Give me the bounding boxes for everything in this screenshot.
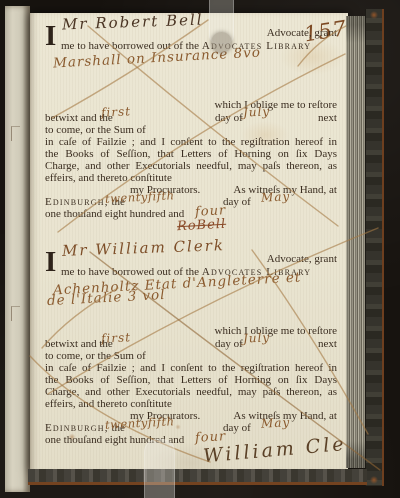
due-month-handwritten: July: [243, 105, 271, 119]
signature-line: RoBell: [45, 217, 337, 239]
prev-page-mark: [11, 126, 20, 141]
restore-line: which I oblige me to reſtore: [45, 99, 337, 112]
signed-day-handwritten: twentyfifth: [105, 415, 175, 432]
book-title-line-2: de l'Italie 3 vol: [45, 294, 337, 307]
due-month-handwritten: July: [243, 331, 271, 345]
prev-page-mark: [11, 306, 20, 321]
restore-line: which I oblige me to reſtore: [45, 325, 337, 338]
borrow-entry-1: I Mr Robert Bell Advocate, grant me to h…: [45, 23, 337, 241]
signature-line: William Clerk: [45, 443, 337, 465]
mounting-tab-bottom: [144, 439, 175, 498]
borrow-entry-2: I Mr William Clerk Advocate, grant me to…: [45, 249, 337, 467]
cover-edge: [365, 9, 384, 486]
signed-day-handwritten: twentyfifth: [105, 189, 175, 206]
advocate-grant-label: Advocate, grant: [267, 27, 337, 39]
advocate-grant-label: Advocate, grant: [267, 253, 337, 265]
mounting-tab-circle: [211, 32, 232, 53]
bottom-page-edge: [28, 469, 367, 485]
photo-background: 157. I Mr Robert Bell Advocate, grant me…: [0, 0, 400, 498]
grant-line: Advocate, grant: [45, 27, 337, 40]
signed-month-handwritten: May: [261, 416, 291, 431]
due-day-handwritten: first: [101, 331, 132, 346]
previous-page-edge: [5, 6, 30, 492]
signed-month-handwritten: May: [261, 190, 291, 205]
book-title-handwritten-2: de l'Italie 3 vol: [47, 289, 166, 308]
book-title-line: Marshall on Insurance 8vo: [45, 54, 337, 67]
edinburgh-word: Edinburgh,: [45, 196, 109, 208]
edinburgh-word: Edinburgh,: [45, 422, 109, 434]
ledger-page: 157. I Mr Robert Bell Advocate, grant me…: [30, 13, 348, 472]
due-day-handwritten: first: [101, 105, 132, 120]
signature-handwritten: RoBell: [177, 218, 227, 234]
page-edges: [346, 16, 367, 468]
grant-line: Advocate, grant: [45, 253, 337, 266]
